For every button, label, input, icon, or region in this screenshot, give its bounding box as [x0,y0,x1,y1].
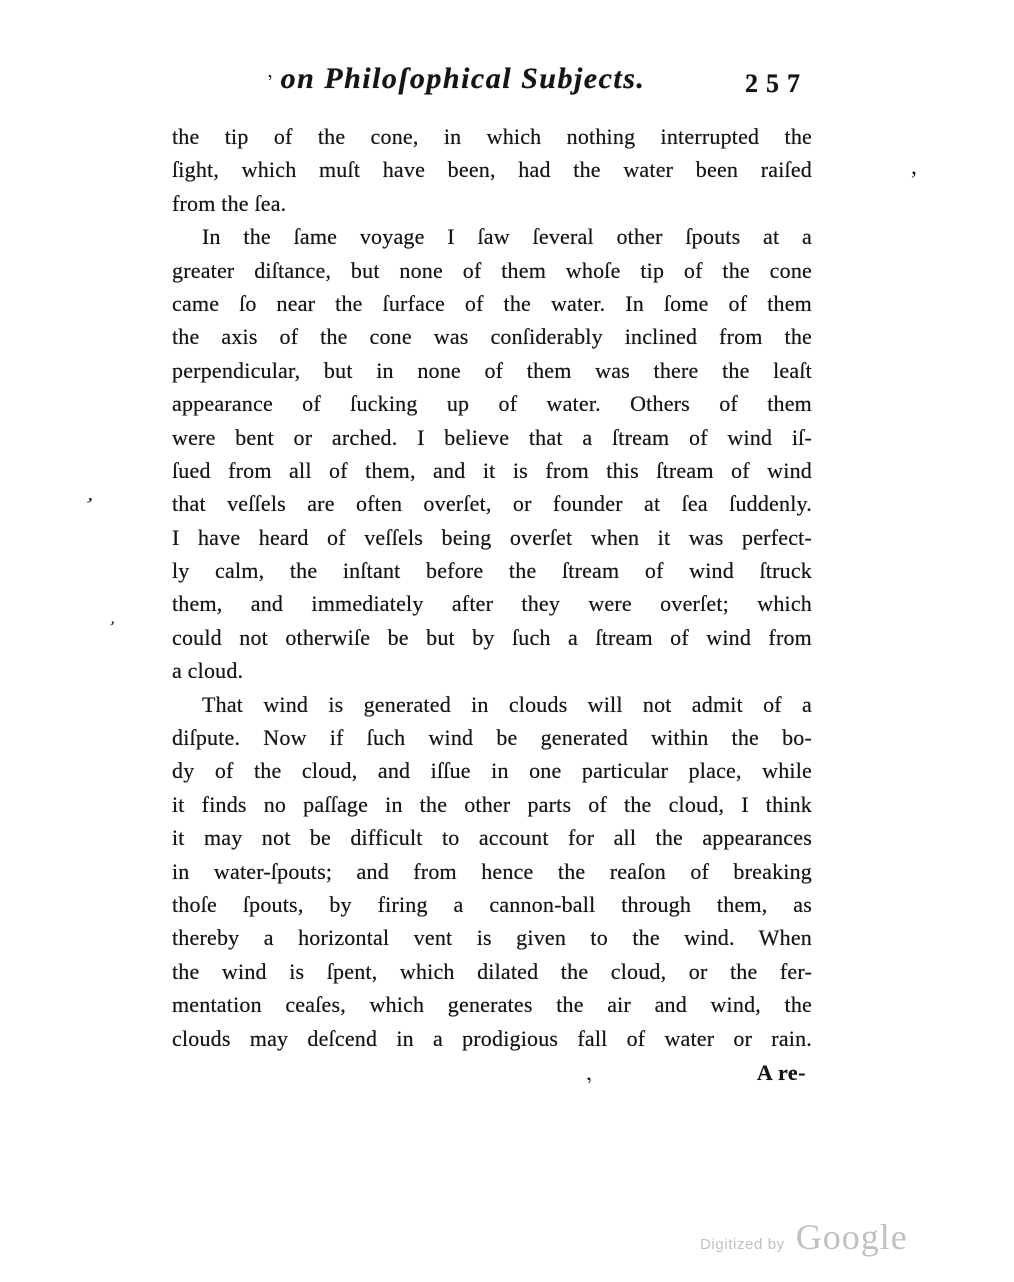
watermark: Digitized by Google [700,1216,908,1258]
text-line: the axis of the cone was conſiderably in… [172,320,812,353]
text-line: came ſo near the ſurface of the water. I… [172,287,812,320]
scan-speck: ’ [105,618,117,637]
text-line: a cloud. [172,654,812,687]
text-line: the tip of the cone, in which nothing in… [172,120,812,153]
text-line: from the ſea. [172,187,812,220]
digitized-by-label: Digitized by [700,1236,785,1253]
text-line: clouds may deſcend in a prodigious fall … [172,1022,812,1055]
text-line: were bent or arched. I believe that a ſt… [172,421,812,454]
page-number: 257 [745,69,808,99]
text-line: diſpute. Now if ſuch wind be generated w… [172,721,812,754]
text-line: it may not be difficult to account for a… [172,821,812,854]
text-line: it finds no paſſage in the other parts o… [172,788,812,821]
text-line: mentation ceaſes, which generates the ai… [172,988,812,1021]
text-line: ly calm, the inſtant before the ſtream o… [172,554,812,587]
text-line: I have heard of veſſels being overſet wh… [172,521,812,554]
text-line: thoſe ſpouts, by firing a cannon-ball th… [172,888,812,921]
google-logo: Google [796,1216,908,1258]
text-line: That wind is generated in clouds will no… [172,688,812,721]
text-line: that veſſels are often overſet, or found… [172,487,812,520]
text-line: thereby a horizontal vent is given to th… [172,921,812,954]
page-header: on Philoſophical Subjects. 257 [172,62,812,110]
book-page: on Philoſophical Subjects. 257 the tip o… [0,0,1014,1282]
text-line: dy of the cloud, and iſſue in one partic… [172,754,812,787]
catchword: A re- [172,1060,806,1086]
running-title: on Philoſophical Subjects. [172,62,812,96]
text-line: them, and immediately after they were ov… [172,587,812,620]
scan-speck: ’ [80,493,96,516]
text-line: could not otherwiſe be but by ſuch a ſtr… [172,621,812,654]
text-block: the tip of the cone, in which nothing in… [172,120,812,1055]
text-line: In the ſame voyage I ſaw ſeveral other ſ… [172,220,812,253]
text-line: greater diſtance, but none of them whoſe… [172,254,812,287]
text-line: ſued from all of them, and it is from th… [172,454,812,487]
text-line: the wind is ſpent, which dilated the clo… [172,955,812,988]
scan-speck: , [911,155,917,179]
text-line: perpendicular, but in none of them was t… [172,354,812,387]
text-line: appearance of ſucking up of water. Other… [172,387,812,420]
text-line: ſight, which muſt have been, had the wat… [172,153,812,186]
text-line: in water-ſpouts; and from hence the reaſ… [172,855,812,888]
